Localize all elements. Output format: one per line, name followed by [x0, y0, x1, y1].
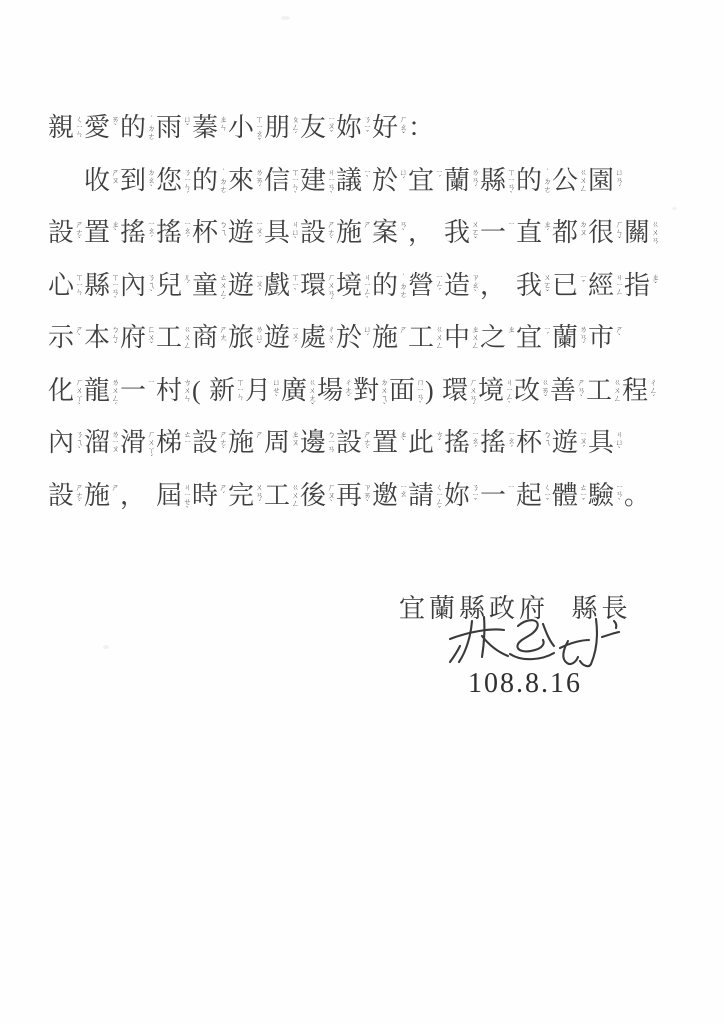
hanzi-glyph: 來	[228, 165, 254, 197]
annotated-character: 蘭ㄌㄢˊ	[444, 165, 480, 202]
hanzi-glyph: 內	[120, 270, 146, 302]
annotated-character: 遊ㄧㄡˊ	[552, 427, 588, 464]
annotated-character: 蘭ㄌㄢˊ	[552, 322, 588, 359]
zhuyin-annotation: ㄧㄥˊ	[435, 273, 444, 307]
annotated-character: 府ㄈㄨˇ	[120, 322, 156, 359]
text-line: 設ㄕㄜˋ置ㄓˋ搖ㄧㄠˊ搖ㄧㄠˊ杯ㄅㄟ遊ㄧㄡˊ具ㄐㄩˋ設ㄕㄜˋ施ㄕ案ㄢˋ，我ㄨㄛˇ…	[48, 217, 676, 270]
annotated-character: 設ㄕㄜˋ	[48, 480, 84, 517]
zhuyin-annotation: ㄧㄠˊ	[507, 430, 516, 464]
hanzi-glyph: 園	[588, 165, 614, 197]
zhuyin-annotation: ㄧㄡˊ	[579, 430, 588, 464]
zhuyin-annotation: ㄕㄜˋ	[327, 220, 336, 254]
annotated-character: 的˙ㄉㄜ	[372, 270, 408, 307]
zhuyin-annotation: ㄍㄨㄥ	[613, 378, 622, 412]
zhuyin-annotation: ㄒㄧㄢˋ	[111, 273, 120, 307]
annotated-character: 兒ㄦˊ	[156, 270, 192, 307]
hanzi-glyph: 已	[552, 270, 578, 302]
zhuyin-annotation: ㄩㄝˋ	[272, 378, 281, 412]
hanzi-glyph: 童	[192, 270, 218, 302]
zhuyin-annotation: ㄓˋ	[399, 430, 408, 464]
annotated-character: 旅ㄌㄩˇ	[228, 322, 264, 359]
hanzi-glyph: 施	[336, 217, 362, 249]
zhuyin-annotation: ㄧㄡˊ	[255, 220, 264, 254]
zhuyin-annotation: ㄌㄢˊ	[471, 168, 480, 202]
zhuyin-annotation: ㄐㄧㄥˋ	[363, 273, 372, 307]
zhuyin-annotation: ㄌㄨㄥˊ	[111, 378, 120, 412]
zhuyin-annotation: ㄧ	[147, 378, 156, 412]
annotated-character: 妳ㄋㄧˇ	[444, 480, 480, 517]
annotated-character: 商ㄕㄤ	[192, 322, 228, 359]
letter-body-text: 親ㄑㄧㄣ愛ㄞˋ的˙ㄉㄜ雨ㄩˇ蓁ㄓㄣ小ㄒㄧㄠˇ朋ㄆㄥˊ友ㄧㄡˇ妳ㄋㄧˇ好ㄏㄠˇ：收…	[48, 112, 676, 532]
scan-speckle	[281, 16, 290, 20]
annotated-character: 工ㄍㄨㄥ	[264, 480, 300, 517]
zhuyin-annotation: ㄓˊ	[543, 220, 552, 254]
hanzi-glyph: 境	[478, 375, 504, 407]
zhuyin-annotation: ㄗㄠˋ	[471, 273, 480, 307]
hanzi-glyph: 您	[156, 165, 182, 197]
zhuyin-annotation: ㄧㄠˊ	[147, 220, 156, 254]
annotated-character: 心ㄒㄧㄣ	[48, 270, 84, 307]
text-line: 心ㄒㄧㄣ縣ㄒㄧㄢˋ內ㄋㄟˋ兒ㄦˊ童ㄊㄨㄥˊ遊ㄧㄡˊ戲ㄒㄧˋ環ㄏㄨㄢˊ境ㄐㄧㄥˋ的…	[48, 270, 676, 323]
annotated-character: 設ㄕㄜˋ	[300, 217, 336, 254]
zhuyin-annotation: ㄍㄨㄥ	[579, 168, 588, 202]
hanzi-glyph: 直	[516, 217, 542, 249]
hanzi-glyph: 置	[84, 217, 110, 249]
hanzi-glyph: 設	[300, 217, 326, 249]
annotated-character: 置ㄓˋ	[372, 427, 408, 464]
hanzi-glyph: 議	[336, 165, 362, 197]
hanzi-glyph: 之	[480, 322, 506, 354]
zhuyin-annotation: ㄕㄜˋ	[75, 483, 84, 517]
annotated-character: 梯ㄊㄧ	[156, 427, 192, 464]
hanzi-glyph: 造	[444, 270, 470, 302]
zhuyin-annotation: ㄉㄠˋ	[147, 168, 156, 202]
zhuyin-annotation: ㄧˋ	[363, 168, 372, 202]
hanzi-glyph: 關	[624, 217, 650, 249]
hanzi-glyph: 面	[389, 375, 415, 407]
annotated-character: 場ㄔㄤˇ	[317, 375, 353, 412]
annotated-character: 杯ㄅㄟ	[192, 217, 228, 254]
hanzi-glyph: 的	[516, 165, 542, 197]
zhuyin-annotation: ㄏㄣˇ	[615, 220, 624, 254]
hanzi-glyph: ，	[120, 480, 146, 512]
zhuyin-annotation: ㄢˋ	[399, 220, 408, 254]
zhuyin-annotation: ㄩˊ	[399, 168, 408, 202]
hanzi-glyph: (	[192, 375, 201, 407]
zhuyin-annotation: ㄉㄨㄟˋ	[380, 378, 389, 412]
zhuyin-annotation: ㄧ	[507, 483, 516, 517]
hanzi-glyph: 建	[300, 165, 326, 197]
hanzi-glyph: 雨	[156, 112, 182, 144]
annotated-character: 內ㄋㄟˋ	[120, 270, 156, 307]
text-line: 示ㄕˋ本ㄅㄣˇ府ㄈㄨˇ工ㄍㄨㄥ商ㄕㄤ旅ㄌㄩˇ遊ㄧㄡˊ處ㄔㄨˋ於ㄩˊ施ㄕ工ㄍㄨㄥ中…	[48, 322, 676, 375]
zhuyin-annotation: ㄧˇ	[579, 273, 588, 307]
annotated-character: 於ㄩˊ	[336, 322, 372, 359]
zhuyin-annotation: ㄓㄡ	[291, 430, 300, 464]
annotated-character: 設ㄕㄜˋ	[192, 427, 228, 464]
annotated-character: 您ㄋㄧㄣˊ	[156, 165, 192, 202]
hanzi-glyph: 搖	[480, 427, 506, 459]
annotated-character: 置ㄓˋ	[84, 217, 120, 254]
annotated-character: 蓁ㄓㄣ	[192, 112, 228, 149]
annotated-character: 內ㄋㄟˋ	[48, 427, 84, 464]
punctuation-character: )	[425, 375, 442, 407]
annotated-character: 施ㄕ	[84, 480, 120, 517]
annotated-character: 的˙ㄉㄜ	[516, 165, 552, 202]
annotated-character: 一ㄧ	[480, 217, 516, 254]
annotated-character: 我ㄨㄛˇ	[516, 270, 552, 307]
zhuyin-annotation: ㄨㄛˇ	[543, 273, 552, 307]
annotated-character: 一ㄧ	[480, 480, 516, 517]
annotated-character: 我ㄨㄛˇ	[444, 217, 480, 254]
annotated-character: 此ㄘˇ	[408, 427, 444, 464]
zhuyin-annotation: ㄧ	[507, 220, 516, 254]
hanzi-glyph: 請	[408, 480, 434, 512]
hanzi-glyph: 遊	[552, 427, 578, 459]
hanzi-glyph: 本	[84, 322, 110, 354]
hanzi-glyph: 小	[228, 112, 254, 144]
zhuyin-annotation: ㄌㄧㄡ	[111, 430, 120, 464]
zhuyin-annotation: ㄘˇ	[435, 430, 444, 464]
annotated-character: 案ㄢˋ	[372, 217, 408, 254]
hanzi-glyph: 於	[336, 322, 362, 354]
zhuyin-annotation: ㄏㄨㄢˊ	[327, 273, 336, 307]
zhuyin-annotation: ˙ㄉㄜ	[543, 168, 552, 202]
hanzi-glyph: 於	[372, 165, 398, 197]
hanzi-glyph: 起	[516, 480, 542, 512]
hanzi-glyph: 龍	[84, 375, 110, 407]
zhuyin-annotation: ㄕ	[399, 325, 408, 359]
zhuyin-annotation: ㄉㄡ	[579, 220, 588, 254]
zhuyin-annotation: ㄏㄡˋ	[327, 483, 336, 517]
text-line: 親ㄑㄧㄣ愛ㄞˋ的˙ㄉㄜ雨ㄩˇ蓁ㄓㄣ小ㄒㄧㄠˇ朋ㄆㄥˊ友ㄧㄡˇ妳ㄋㄧˇ好ㄏㄠˇ：	[48, 112, 676, 165]
text-line: 設ㄕㄜˋ施ㄕ，屆ㄐㄧㄝˋ時ㄕˊ完ㄨㄢˊ工ㄍㄨㄥ後ㄏㄡˋ再ㄗㄞˋ邀ㄧㄠ請ㄑㄧㄥˇ妳…	[48, 480, 676, 533]
hanzi-glyph: 宜	[408, 165, 434, 197]
zhuyin-annotation: ㄨㄛˇ	[471, 220, 480, 254]
hanzi-glyph: 場	[317, 375, 343, 407]
zhuyin-annotation: ㄓ	[507, 325, 516, 359]
hanzi-glyph: 滑	[120, 427, 146, 459]
annotated-character: 滑ㄏㄨㄚˊ	[120, 427, 156, 464]
hanzi-glyph: 再	[336, 480, 362, 512]
zhuyin-annotation: ㄕㄤ	[219, 325, 228, 359]
hanzi-glyph: 經	[588, 270, 614, 302]
hanzi-glyph: 化	[48, 375, 74, 407]
annotated-character: 關ㄍㄨㄢ	[624, 217, 660, 254]
zhuyin-annotation: ㄕㄜˋ	[219, 430, 228, 464]
punctuation-character: ，	[408, 217, 444, 249]
annotated-character: 時ㄕˊ	[192, 480, 228, 517]
annotated-character: 議ㄧˋ	[336, 165, 372, 202]
zhuyin-annotation: ㄧㄡˊ	[255, 273, 264, 307]
hanzi-glyph: 後	[300, 480, 326, 512]
annotated-character: 程ㄔㄥˊ	[622, 375, 658, 412]
annotated-character: 童ㄊㄨㄥˊ	[192, 270, 228, 307]
zhuyin-annotation: ㄩˇ	[183, 115, 192, 149]
annotated-character: 經ㄐㄧㄥ	[588, 270, 624, 307]
zhuyin-annotation: ㄔㄨˋ	[327, 325, 336, 359]
annotated-character: 屆ㄐㄧㄝˋ	[156, 480, 192, 517]
hanzi-glyph: 心	[48, 270, 74, 302]
annotated-character: 直ㄓˊ	[516, 217, 552, 254]
text-line: 收ㄕㄡ到ㄉㄠˋ您ㄋㄧㄣˊ的˙ㄉㄜ來ㄌㄞˊ信ㄒㄧㄣˋ建ㄐㄧㄢˋ議ㄧˋ於ㄩˊ宜ㄧˊ蘭…	[48, 165, 676, 218]
signature-strokes-image	[446, 612, 626, 670]
zhuyin-annotation: ㄕ	[111, 483, 120, 517]
annotated-character: 妳ㄋㄧˇ	[336, 112, 372, 149]
annotated-character: 縣ㄒㄧㄢˋ	[84, 270, 120, 307]
hanzi-glyph: 具	[264, 217, 290, 249]
annotated-character: 小ㄒㄧㄠˇ	[228, 112, 264, 149]
hanzi-glyph: 杯	[192, 217, 218, 249]
annotated-character: 宜ㄧˊ	[408, 165, 444, 202]
zhuyin-annotation: ㄕㄜˋ	[363, 430, 372, 464]
hanzi-glyph: )	[425, 375, 434, 407]
zhuyin-annotation: ㄕㄢˋ	[577, 378, 586, 412]
annotated-character: 龍ㄌㄨㄥˊ	[84, 375, 120, 412]
hanzi-glyph: 縣	[480, 165, 506, 197]
zhuyin-annotation: ㄧㄠˊ	[183, 220, 192, 254]
text-line: 化ㄏㄨㄚˋ龍ㄌㄨㄥˊ一ㄧ村ㄘㄨㄣ(新ㄒㄧㄣ月ㄩㄝˋ廣ㄍㄨㄤˇ場ㄔㄤˇ對ㄉㄨㄟˋ面…	[48, 375, 676, 428]
annotated-character: 遊ㄧㄡˊ	[228, 270, 264, 307]
annotated-character: 宜ㄧˊ	[516, 322, 552, 359]
annotated-character: 對ㄉㄨㄟˋ	[353, 375, 389, 412]
hanzi-glyph: 蓁	[192, 112, 218, 144]
punctuation-character: 。	[624, 480, 660, 512]
hanzi-glyph: 設	[192, 427, 218, 459]
zhuyin-annotation: ㄍㄨㄤˇ	[308, 378, 317, 412]
hanzi-glyph: ：	[408, 112, 434, 144]
hanzi-glyph: 蘭	[552, 322, 578, 354]
zhuyin-annotation: ㄊㄧˇ	[579, 483, 588, 517]
zhuyin-annotation: ㄧˊ	[543, 325, 552, 359]
zhuyin-annotation: ㄐㄧㄥ	[615, 273, 624, 307]
annotated-character: 本ㄅㄣˇ	[84, 322, 120, 359]
hanzi-glyph: 邊	[300, 427, 326, 459]
scan-speckle	[103, 645, 109, 649]
annotated-character: 已ㄧˇ	[552, 270, 588, 307]
zhuyin-annotation: ㄐㄩˋ	[615, 430, 624, 464]
annotated-character: 境ㄐㄧㄥˋ	[478, 375, 514, 412]
zhuyin-annotation: ㄗㄞˋ	[363, 483, 372, 517]
annotated-character: 施ㄕ	[372, 322, 408, 359]
hanzi-glyph: 收	[84, 165, 110, 197]
annotated-character: 工ㄍㄨㄥ	[586, 375, 622, 412]
hanzi-glyph: 友	[300, 112, 326, 144]
annotated-character: 月ㄩㄝˋ	[245, 375, 281, 412]
zhuyin-annotation: ㄍㄨㄢ	[651, 220, 660, 254]
zhuyin-annotation: ㄕˋ	[75, 325, 84, 359]
annotated-character: 遊ㄧㄡˊ	[228, 217, 264, 254]
annotated-character: 之ㄓ	[480, 322, 516, 359]
annotated-character: 溜ㄌㄧㄡ	[84, 427, 120, 464]
hanzi-glyph: 營	[408, 270, 434, 302]
zhuyin-annotation: ㄏㄨㄚˊ	[147, 430, 156, 464]
annotated-character: 面ㄇㄧㄢˋ	[389, 375, 425, 412]
hanzi-glyph: 親	[48, 112, 74, 144]
handwritten-signature	[446, 612, 626, 670]
annotated-character: 具ㄐㄩˋ	[264, 217, 300, 254]
annotated-character: 很ㄏㄣˇ	[588, 217, 624, 254]
zhuyin-annotation: ㄓㄣ	[219, 115, 228, 149]
scan-speckle	[672, 207, 677, 210]
zhuyin-annotation: ㄍㄞˇ	[541, 378, 550, 412]
zhuyin-annotation: ㄍㄨㄥ	[183, 325, 192, 359]
hanzi-glyph: 月	[245, 375, 271, 407]
zhuyin-annotation: ㄕˊ	[219, 483, 228, 517]
hanzi-glyph: 朋	[264, 112, 290, 144]
annotated-character: 愛ㄞˋ	[84, 112, 120, 149]
hanzi-glyph: 內	[48, 427, 74, 459]
annotated-character: 中ㄓㄨㄥ	[444, 322, 480, 359]
zhuyin-annotation: ㄌㄞˊ	[255, 168, 264, 202]
annotated-character: 縣ㄒㄧㄢˋ	[480, 165, 516, 202]
annotated-character: 體ㄊㄧˇ	[552, 480, 588, 517]
hanzi-glyph: 示	[48, 322, 74, 354]
hanzi-glyph: 到	[120, 165, 146, 197]
hanzi-glyph: 一	[480, 217, 506, 249]
annotated-character: 杯ㄅㄟ	[516, 427, 552, 464]
letter-date: 108.8.16	[468, 668, 582, 700]
hanzi-glyph: 搖	[444, 427, 470, 459]
annotated-character: 搖ㄧㄠˊ	[120, 217, 156, 254]
zhuyin-annotation: ㄍㄨㄥ	[291, 483, 300, 517]
hanzi-glyph: 搖	[156, 217, 182, 249]
zhuyin-annotation: ㄋㄧㄣˊ	[183, 168, 192, 202]
annotated-character: 營ㄧㄥˊ	[408, 270, 444, 307]
hanzi-glyph: 環	[442, 375, 468, 407]
annotated-character: 處ㄔㄨˋ	[300, 322, 336, 359]
annotated-character: 公ㄍㄨㄥ	[552, 165, 588, 202]
zhuyin-annotation: ㄕ	[255, 430, 264, 464]
hanzi-glyph: 施	[372, 322, 398, 354]
zhuyin-annotation: ㄧㄠ	[399, 483, 408, 517]
zhuyin-annotation: ㄊㄧ	[183, 430, 192, 464]
zhuyin-annotation: ㄩㄢˊ	[615, 168, 624, 202]
hanzi-glyph: 梯	[156, 427, 182, 459]
hanzi-glyph: 指	[624, 270, 650, 302]
zhuyin-annotation: ㄕㄡ	[111, 168, 120, 202]
hanzi-glyph: 好	[372, 112, 398, 144]
annotated-character: 改ㄍㄞˇ	[514, 375, 550, 412]
hanzi-glyph: 杯	[516, 427, 542, 459]
hanzi-glyph: 體	[552, 480, 578, 512]
punctuation-character: ，	[120, 480, 156, 512]
annotated-character: 都ㄉㄡ	[552, 217, 588, 254]
hanzi-glyph: 置	[372, 427, 398, 459]
hanzi-glyph: 工	[408, 322, 434, 354]
annotated-character: 後ㄏㄡˋ	[300, 480, 336, 517]
zhuyin-annotation: ㄕ	[363, 220, 372, 254]
annotated-character: 邀ㄧㄠ	[372, 480, 408, 517]
zhuyin-annotation: ㄐㄧㄝˋ	[183, 483, 192, 517]
annotated-character: 到ㄉㄠˋ	[120, 165, 156, 202]
annotated-character: 化ㄏㄨㄚˋ	[48, 375, 84, 412]
hanzi-glyph: 旅	[228, 322, 254, 354]
annotated-character: 朋ㄆㄥˊ	[264, 112, 300, 149]
zhuyin-annotation: ㄒㄧㄣ	[236, 378, 245, 412]
hanzi-glyph: ，	[480, 270, 506, 302]
annotated-character: 驗ㄧㄢˋ	[588, 480, 624, 517]
zhuyin-annotation: ㄆㄥˊ	[291, 115, 300, 149]
zhuyin-annotation: ㄊㄨㄥˊ	[219, 273, 228, 307]
annotated-character: 好ㄏㄠˇ	[372, 112, 408, 149]
zhuyin-annotation: ㄧㄠˊ	[471, 430, 480, 464]
punctuation-character: ，	[480, 270, 516, 302]
hanzi-glyph: 溜	[84, 427, 110, 459]
zhuyin-annotation: ㄅㄣˇ	[111, 325, 120, 359]
hanzi-glyph: 對	[353, 375, 379, 407]
zhuyin-annotation: ㄈㄨˇ	[147, 325, 156, 359]
hanzi-glyph: 具	[588, 427, 614, 459]
annotated-character: 廣ㄍㄨㄤˇ	[281, 375, 317, 412]
zhuyin-annotation: ㄒㄧˋ	[291, 273, 300, 307]
zhuyin-annotation: ㄩˊ	[363, 325, 372, 359]
hanzi-glyph: 縣	[84, 270, 110, 302]
zhuyin-annotation: ㄐㄧㄥˋ	[505, 378, 514, 412]
annotated-character: 收ㄕㄡ	[84, 165, 120, 202]
annotated-character: 友ㄧㄡˇ	[300, 112, 336, 149]
zhuyin-annotation: ㄅㄧㄢ	[327, 430, 336, 464]
hanzi-glyph: 遊	[264, 322, 290, 354]
annotated-character: 的˙ㄉㄜ	[192, 165, 228, 202]
zhuyin-annotation: ㄘㄨㄣ	[183, 378, 192, 412]
signature-org-title: 宜蘭縣政府 縣長	[399, 588, 632, 625]
zhuyin-annotation: ㄞˋ	[111, 115, 120, 149]
hanzi-glyph: 遊	[228, 217, 254, 249]
hanzi-glyph: 很	[588, 217, 614, 249]
hanzi-glyph: 一	[480, 480, 506, 512]
zhuyin-annotation: ㄧㄡˊ	[291, 325, 300, 359]
annotated-character: 善ㄕㄢˋ	[550, 375, 586, 412]
hanzi-glyph: 工	[264, 480, 290, 512]
hanzi-glyph: 宜	[516, 322, 542, 354]
zhuyin-annotation: ㄅㄟ	[219, 220, 228, 254]
zhuyin-annotation: ㄏㄠˇ	[399, 115, 408, 149]
annotated-character: 再ㄗㄞˋ	[336, 480, 372, 517]
annotated-character: 環ㄏㄨㄢˊ	[442, 375, 478, 412]
annotated-character: 親ㄑㄧㄣ	[48, 112, 84, 149]
annotated-character: 指ㄓˇ	[624, 270, 660, 307]
zhuyin-annotation: ㄔㄤˇ	[344, 378, 353, 412]
annotated-character: 搖ㄧㄠˊ	[444, 427, 480, 464]
annotated-character: 境ㄐㄧㄥˋ	[336, 270, 372, 307]
hanzi-glyph: 的	[120, 112, 146, 144]
hanzi-glyph: 邀	[372, 480, 398, 512]
hanzi-glyph: 戲	[264, 270, 290, 302]
hanzi-glyph: 環	[300, 270, 326, 302]
zhuyin-annotation: ㄧㄡˇ	[327, 115, 336, 149]
annotated-character: 工ㄍㄨㄥ	[408, 322, 444, 359]
hanzi-glyph: 廣	[281, 375, 307, 407]
hanzi-glyph: 府	[120, 322, 146, 354]
annotated-character: 雨ㄩˇ	[156, 112, 192, 149]
hanzi-glyph: 此	[408, 427, 434, 459]
annotated-character: 建ㄐㄧㄢˋ	[300, 165, 336, 202]
annotated-character: 戲ㄒㄧˋ	[264, 270, 300, 307]
zhuyin-annotation: ㄨㄢˊ	[255, 483, 264, 517]
hanzi-glyph: 時	[192, 480, 218, 512]
hanzi-glyph: 中	[444, 322, 470, 354]
zhuyin-annotation: ㄒㄧㄣˋ	[291, 168, 300, 202]
annotated-character: 搖ㄧㄠˊ	[156, 217, 192, 254]
zhuyin-annotation: ㄓˋ	[111, 220, 120, 254]
hanzi-glyph: 公	[552, 165, 578, 197]
hanzi-glyph: 蘭	[444, 165, 470, 197]
hanzi-glyph: 村	[156, 375, 182, 407]
zhuyin-annotation: ㄋㄧˇ	[471, 483, 480, 517]
hanzi-glyph: 兒	[156, 270, 182, 302]
zhuyin-annotation: ㄑㄧㄣ	[75, 115, 84, 149]
